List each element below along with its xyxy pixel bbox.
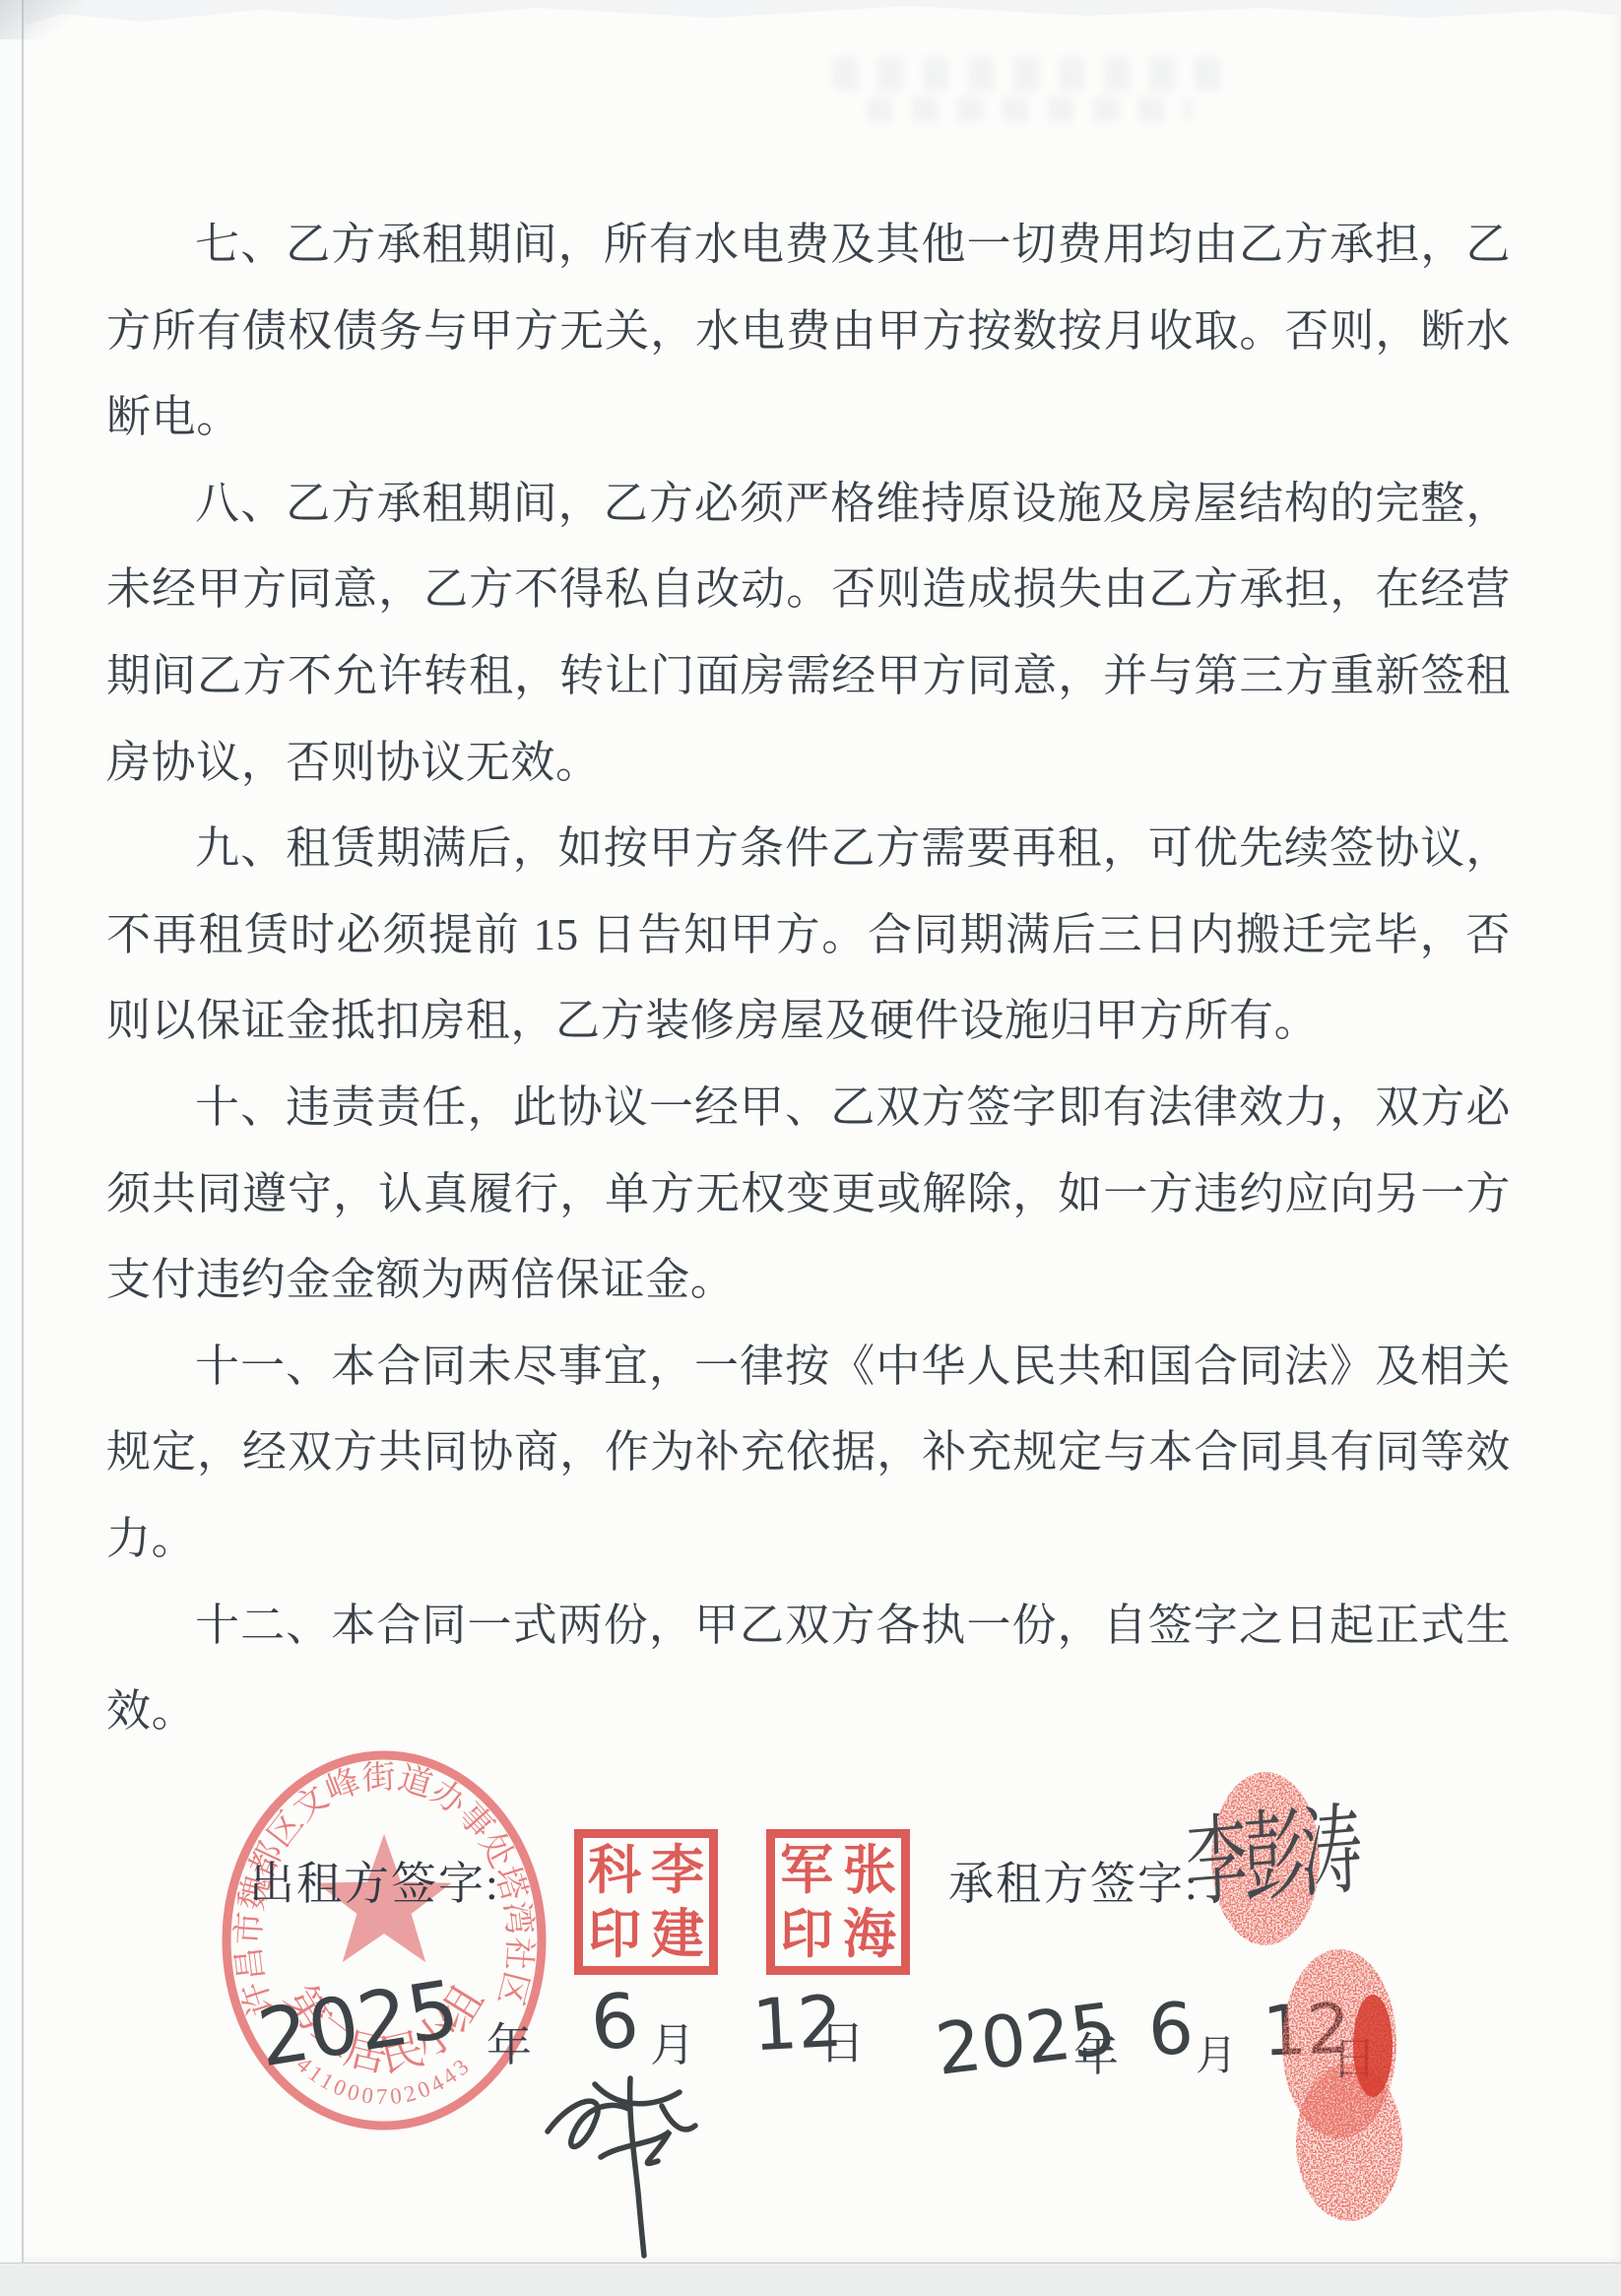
seal-char: 军 xyxy=(780,1844,833,1897)
seal-char: 李 xyxy=(651,1844,704,1897)
square-seal-li-jianke: 科 李 印 建 xyxy=(574,1829,718,1975)
clause-11: 十一、本合同未尽事宜，一律按《中华人民共和国合同法》及相关规定，经双方共同协商，… xyxy=(106,1324,1511,1583)
fingerprint-over-date xyxy=(1278,1945,1406,2142)
year-unit: 年 xyxy=(1073,2019,1119,2084)
bleed-through-artifact xyxy=(832,57,1226,91)
scanned-contract-page: 七、乙方承租期间，所有水电费及其他一切费用均由乙方承担，乙方所有债权债务与甲方无… xyxy=(0,0,1621,2296)
contract-body: 七、乙方承租期间，所有水电费及其他一切费用均由乙方承担，乙方所有债权债务与甲方无… xyxy=(106,202,1511,1755)
lessor-signature-label: 出租方签字: xyxy=(249,1848,500,1913)
year-unit: 年 xyxy=(486,2009,532,2074)
month-unit: 月 xyxy=(1196,2023,1237,2082)
clause-8: 八、乙方承租期间，乙方必须严格维持原设施及房屋结构的完整，未经甲方同意，乙方不得… xyxy=(106,461,1511,806)
day-unit: 日 xyxy=(819,2007,865,2072)
lessor-date-month: 6 xyxy=(587,1976,642,2067)
square-seal-zhang-haijun: 军 张 印 海 xyxy=(766,1829,910,1975)
clause-12: 十二、本合同一式两份，甲乙双方各执一份，自签字之日起正式生效。 xyxy=(106,1583,1511,1755)
bleed-through-artifact xyxy=(867,97,1192,122)
scan-bottom-edge xyxy=(0,2263,1621,2296)
clause-10: 十、违责责任，此协议一经甲、乙双方签字即有法律效力，双方必须共同遵守，认真履行，… xyxy=(106,1065,1511,1324)
month-unit: 月 xyxy=(650,2009,695,2074)
lessee-signature-label: 承租方签字: xyxy=(948,1848,1200,1913)
scan-left-edge xyxy=(0,0,24,2296)
seal-char: 印 xyxy=(780,1908,833,1961)
lessee-handwritten-name: 李彭涛 xyxy=(1184,1770,1360,1927)
seal-char: 建 xyxy=(651,1908,704,1961)
clause-7: 七、乙方承租期间，所有水电费及其他一切费用均由乙方承担，乙方所有债权债务与甲方无… xyxy=(106,202,1511,461)
lessee-date-month: 6 xyxy=(1147,1987,1196,2071)
lessor-handwritten-signature xyxy=(540,2066,737,2263)
seal-char: 印 xyxy=(588,1908,641,1961)
seal-char: 海 xyxy=(843,1908,896,1961)
seal-char: 科 xyxy=(588,1844,641,1897)
seal-char: 张 xyxy=(843,1844,896,1897)
scan-corner-shadow xyxy=(0,0,89,39)
round-official-seal: 许昌市魏都区文峰街道办事处塔湾社区居民委员会 第二居民小组 4110007020… xyxy=(207,1745,557,2139)
clause-9: 九、租赁期满后，如按甲方条件乙方需要再租，可优先续签协议，不再租赁时必须提前 1… xyxy=(106,806,1511,1065)
